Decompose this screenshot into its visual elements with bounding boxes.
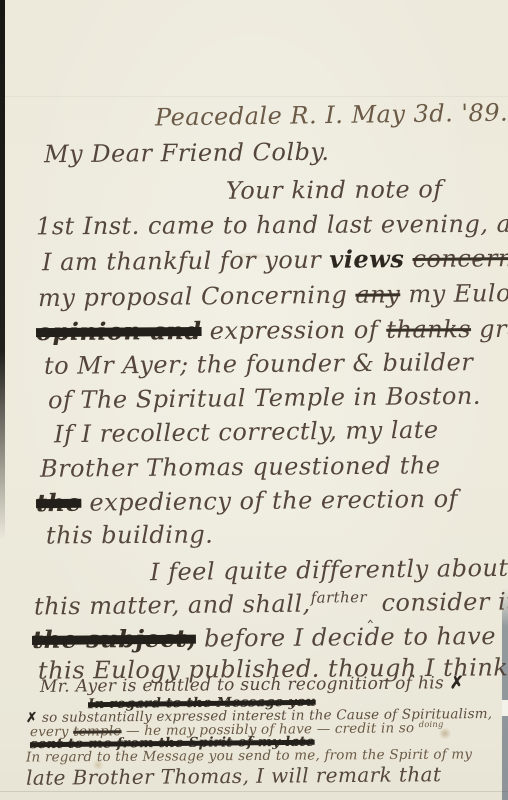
text-segment — [404, 245, 412, 273]
text-segment: expression of — [201, 316, 386, 345]
text-segment: I feel quite differently about — [150, 554, 508, 586]
text-segment: Peacedale R. I. May 3d. '89. — [155, 99, 508, 132]
text-segment: gratitude, &c, — [471, 314, 508, 343]
scan-edge-notch — [502, 700, 508, 716]
text-segment: Your kind note of — [226, 175, 443, 205]
struck-segment: thanks — [386, 315, 471, 344]
raised-segment: farther — [311, 588, 368, 607]
scribbled-segment: the subject, — [32, 624, 196, 654]
text-segment: of The Spiritual Temple in Boston. — [48, 382, 481, 415]
heavy-segment: views — [329, 244, 404, 274]
manuscript-line-body-line-5: opinion and expression of thanks gratitu… — [36, 316, 508, 344]
manuscript-line-body-line-1: Your kind note of — [226, 177, 443, 203]
manuscript-line-body-line-8: If I recollect correctly, my late — [54, 418, 439, 447]
text-segment: Mr. Ayer is entitled to such recognition… — [40, 673, 450, 697]
manuscript-line-body-line-7: of The Spiritual Temple in Boston. — [48, 384, 481, 413]
scan-edge-left — [0, 0, 5, 540]
manuscript-line-body-line-18: late Brother Thomas, I will remark that — [26, 764, 442, 788]
raised-segment: doing — [419, 719, 444, 729]
manuscript-line-body-line-11: this building. — [46, 523, 214, 548]
scanned-letter-page: Peacedale R. I. May 3d. '89.My Dear Frie… — [0, 0, 508, 800]
text-segment: this building. — [46, 521, 214, 550]
text-segment: expediency of the erection of — [81, 485, 458, 517]
scribbled-segment: the — [36, 488, 82, 517]
paper-crease-bottom — [0, 791, 508, 792]
manuscript-line-dateline: Peacedale R. I. May 3d. '89. — [155, 101, 508, 130]
paper-crease — [0, 96, 508, 97]
text-segment: this matter, and shall, — [34, 590, 311, 621]
text-segment: before I decide to have — [196, 622, 496, 653]
text-segment: my Eulogy, — my — [400, 278, 508, 308]
manuscript-line-body-line-12: I feel quite differently about — [150, 556, 508, 584]
manuscript-line-body-line-2: 1st Inst. came to hand last evening, and — [36, 212, 508, 239]
manuscript-line-body-line-14: the subject, before I decide to have — [32, 624, 496, 652]
text-segment: to Mr Ayer; the founder & builder — [44, 348, 473, 380]
scan-edge-right — [502, 588, 508, 800]
manuscript-line-body-line-16: Mr. Ayer is entitled to such recognition… — [40, 675, 464, 696]
manuscript-line-body-line-9: Brother Thomas questioned the — [40, 453, 441, 480]
struck-segment: any — [355, 280, 400, 308]
manuscript-line-body-line-13: this matter, and shall,farther‸ consider… — [34, 589, 508, 618]
text-segment: my proposal Concerning — [38, 281, 356, 312]
text-segment: My Dear Friend Colby. — [44, 138, 330, 168]
text-segment: 1st Inst. came to hand last evening, and — [36, 210, 508, 241]
xmark-segment: ✗ — [450, 673, 465, 693]
manuscript-line-body-line-4: my proposal Concerning any my Eulogy, — … — [38, 280, 508, 310]
caret-segment: ‸ — [367, 603, 373, 623]
text-segment: Brother Thomas questioned the — [40, 451, 441, 482]
struck-segment: concerning — [412, 244, 508, 273]
text-segment: consider it — [373, 587, 508, 616]
text-segment: If I recollect correctly, my late — [54, 416, 439, 449]
text-segment: late Brother Thomas, I will remark that — [26, 762, 442, 790]
manuscript-line-salutation: My Dear Friend Colby. — [44, 140, 330, 166]
manuscript-line-body-line-3: I am thankful for your views concerning — [42, 246, 508, 274]
text-segment: I am thankful for your — [42, 246, 330, 277]
scribbled-segment: opinion and — [36, 316, 202, 346]
manuscript-line-body-line-10: the expediency of the erection of — [36, 487, 458, 515]
manuscript-line-body-line-6: to Mr Ayer; the founder & builder — [44, 350, 473, 378]
